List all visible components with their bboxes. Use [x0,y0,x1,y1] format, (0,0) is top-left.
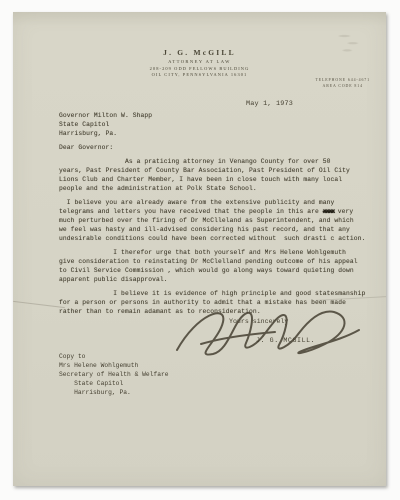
paragraph-3: I therefor urge that both yourself and M… [59,248,367,284]
salutation: Dear Governor: [59,143,367,152]
handwritten-signature [171,300,367,362]
letter-body: Governor Milton W. Shapp State Capitol H… [59,111,367,321]
paragraph-2: I believe you are already aware from the… [59,198,367,243]
paper-crease-left [13,301,65,308]
letterhead-address-line1: 208-209 ODD FELLOWS BUILDING [13,66,386,71]
overstruck-word: xxxx [323,208,334,215]
letterhead-name: J. G. McGILL [13,48,386,57]
letter-date: May 1, 1973 [246,100,293,108]
copy-to-text: Copy to Mrs Helene Wohlgemuth Secretary … [59,352,169,397]
copy-to-block: Copy to Mrs Helene Wohlgemuth Secretary … [59,352,169,397]
recipient-address: Governor Milton W. Shapp State Capitol H… [59,111,367,138]
phone-line2: AREA CODE 814 [315,84,370,88]
paragraph-1: As a praticing attorney in Venango Count… [59,157,367,193]
letterhead: J. G. McGILL ATTORNEY AT LAW 208-209 ODD… [13,48,386,77]
scanned-letter-screenshot: { "letterhead": { "name": "J. G. McGILL"… [0,0,400,500]
letter-page: J. G. McGILL ATTORNEY AT LAW 208-209 ODD… [13,12,386,486]
letterhead-address-line2: OIL CITY, PENNSYLVANIA 16301 [13,72,386,77]
typed-signature-name: J. G. MCGILL. [256,337,315,344]
letterhead-title: ATTORNEY AT LAW [13,59,386,64]
letterhead-phone-block: TELEPHONE 644-4671 AREA CODE 814 [315,78,370,89]
phone-line1: TELEPHONE 644-4671 [315,78,370,82]
paragraph-2-text: I believe you are already aware from the… [59,199,334,215]
